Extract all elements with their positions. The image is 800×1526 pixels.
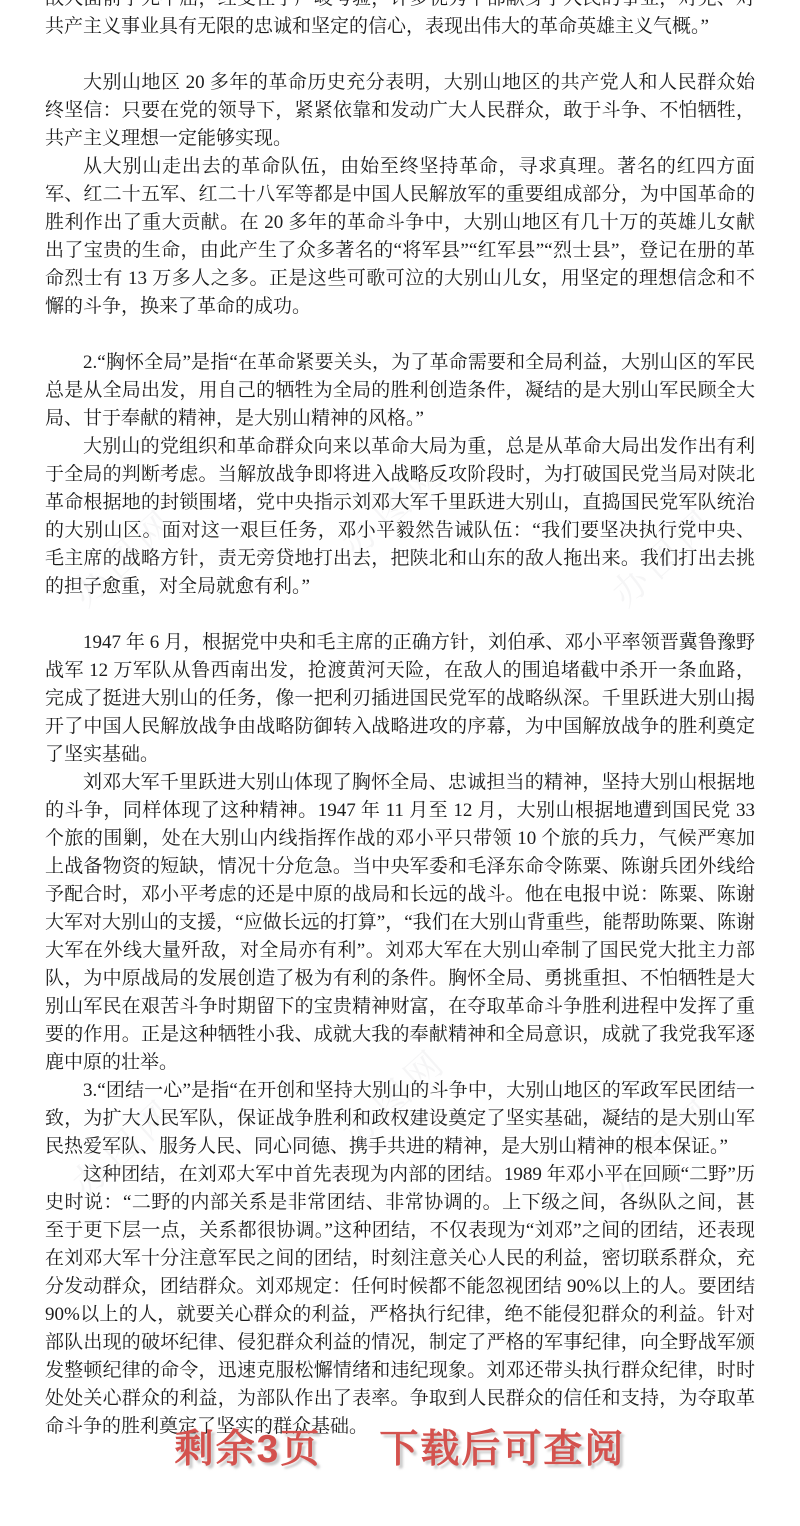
paragraph: 3.“团结一心”是指“在开创和坚持大别山的斗争中，大别山地区的军政军民团结一致，… [45,1077,755,1161]
paragraph: 大别山地区 20 多年的革命历史充分表明，大别山地区的共产党人和人民群众始终坚信… [45,69,755,153]
document-body: 敌人面前宁死不屈，经受住了严峻考验，许多优秀干部献身于人民的事业，对党、对 共产… [45,0,755,1441]
paragraph: 刘邓大军千里跃进大别山体现了胸怀全局、忠诚担当的精神，坚持大别山根据地的斗争，同… [45,769,755,1077]
remaining-pages-banner: 剩余3页下载后可查阅 [0,1418,800,1474]
paragraph: 从大别山走出去的革命队伍，由始至终坚持革命，寻求真理。著名的红四方面军、红二十五… [45,153,755,321]
download-hint-label: 下载后可查阅 [379,1428,625,1471]
clipped-top-line: 敌人面前宁死不屈，经受住了严峻考验，许多优秀干部献身于人民的事业，对党、对 [45,0,755,13]
paragraph: 大别山的党组织和革命群众向来以革命大局为重，总是从革命大局出发作出有利于全局的判… [45,433,755,601]
paragraph-continuation: 共产主义事业具有无限的忠诚和坚定的信心，表现出伟大的革命英雄主义气概。” [45,13,755,41]
document-preview-page: 办图网 办图网 办图网 办图网 办图网 办图网 敌人面前宁死不屈，经受住了严峻考… [0,0,800,1526]
paragraph: 2.“胸怀全局”是指“在革命紧要关头，为了革命需要和全局利益，大别山区的军民总是… [45,349,755,433]
remaining-pages-label: 剩余3页 [175,1428,322,1471]
paragraph: 1947 年 6 月，根据党中央和毛主席的正确方针，刘伯承、邓小平率领晋冀鲁豫野… [45,629,755,769]
paragraph: 这种团结，在刘邓大军中首先表现为内部的团结。1989 年邓小平在回顾“二野”历史… [45,1161,755,1441]
